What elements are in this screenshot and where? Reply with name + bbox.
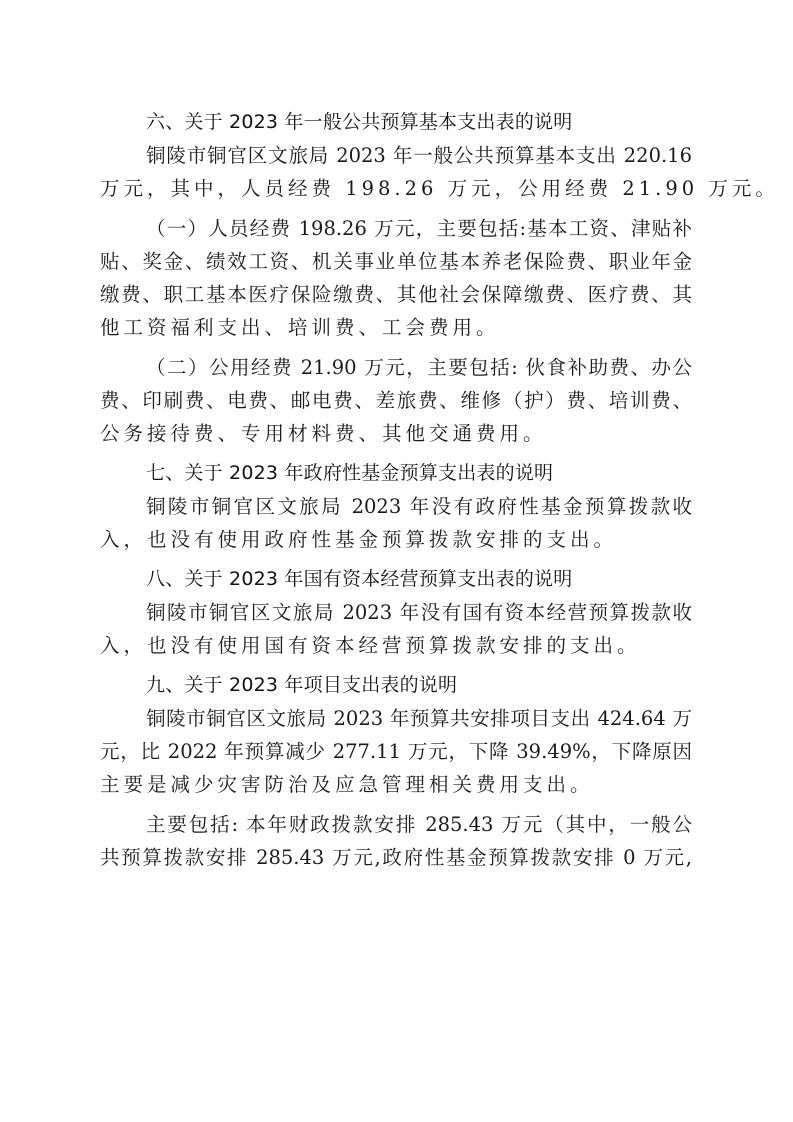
text-line: 入，也没有使用政府性基金预算拨款安排的支出。 xyxy=(100,523,692,556)
text-line: 铜陵市铜官区文旅局 2023 年预算共安排项目支出 424.64 万 xyxy=(100,702,692,735)
document-page: 六、关于 2023 年一般公共预算基本支出表的说明 铜陵市铜官区文旅局 2023… xyxy=(100,106,692,874)
paragraph-public-expenses: （二）公用经费 21.90 万元，主要包括: 伙食补助费、办公 费、印刷费、电费… xyxy=(100,351,692,450)
section-heading: 六、关于 2023 年一般公共预算基本支出表的说明 xyxy=(100,106,692,139)
paragraph-project-expenditure-summary: 铜陵市铜官区文旅局 2023 年预算共安排项目支出 424.64 万 元，比 2… xyxy=(100,702,692,801)
section-project-expenditure: 九、关于 2023 年项目支出表的说明 铜陵市铜官区文旅局 2023 年预算共安… xyxy=(100,669,692,874)
text-line: 主要包括: 本年财政拨款安排 285.43 万元（其中，一般公 xyxy=(100,808,692,841)
text-line: 公务接待费、专用材料费、其他交通费用。 xyxy=(100,417,692,450)
paragraph-state-capital-statement: 铜陵市铜官区文旅局 2023 年没有国有资本经营预算拨款收 入，也没有使用国有资… xyxy=(100,596,692,662)
text-line: 贴、奖金、绩效工资、机关事业单位基本养老保险费、职业年金 xyxy=(100,245,692,278)
section-heading: 七、关于 2023 年政府性基金预算支出表的说明 xyxy=(100,457,692,490)
section-government-fund-budget: 七、关于 2023 年政府性基金预算支出表的说明 铜陵市铜官区文旅局 2023 … xyxy=(100,457,692,556)
text-line: 缴费、职工基本医疗保险缴费、其他社会保障缴费、医疗费、其 xyxy=(100,278,692,311)
text-line: 铜陵市铜官区文旅局 2023 年没有国有资本经营预算拨款收 xyxy=(100,596,692,629)
paragraph-government-fund-statement: 铜陵市铜官区文旅局 2023 年没有政府性基金预算拨款收 入，也没有使用政府性基… xyxy=(100,490,692,556)
text-line: 万元，其中，人员经费 198.26 万元，公用经费 21.90 万元。 xyxy=(100,172,692,205)
text-line: 费、印刷费、电费、邮电费、差旅费、维修（护）费、培训费、 xyxy=(100,384,692,417)
section-heading: 九、关于 2023 年项目支出表的说明 xyxy=(100,669,692,702)
text-line: 元，比 2022 年预算减少 277.11 万元，下降 39.49%，下降原因 xyxy=(100,735,692,768)
paragraph-basic-expenditure-summary: 铜陵市铜官区文旅局 2023 年一般公共预算基本支出 220.16 万元，其中，… xyxy=(100,139,692,205)
paragraph-project-funding-breakdown: 主要包括: 本年财政拨款安排 285.43 万元（其中，一般公 共预算拨款安排 … xyxy=(100,808,692,874)
text-line: 他工资福利支出、培训费、工会费用。 xyxy=(100,311,692,344)
text-line: 铜陵市铜官区文旅局 2023 年一般公共预算基本支出 220.16 xyxy=(100,139,692,172)
text-line: （二）公用经费 21.90 万元，主要包括: 伙食补助费、办公 xyxy=(100,351,692,384)
text-line: 主要是减少灾害防治及应急管理相关费用支出。 xyxy=(100,768,692,801)
section-state-capital-budget: 八、关于 2023 年国有资本经营预算支出表的说明 铜陵市铜官区文旅局 2023… xyxy=(100,563,692,662)
text-line: 入，也没有使用国有资本经营预算拨款安排的支出。 xyxy=(100,629,692,662)
text-line: 共预算拨款安排 285.43 万元,政府性基金预算拨款安排 0 万元, xyxy=(100,841,692,874)
paragraph-personnel-expenses: （一）人员经费 198.26 万元，主要包括:基本工资、津贴补 贴、奖金、绩效工… xyxy=(100,212,692,344)
text-line: （一）人员经费 198.26 万元，主要包括:基本工资、津贴补 xyxy=(100,212,692,245)
section-general-budget-basic-expenditure: 六、关于 2023 年一般公共预算基本支出表的说明 铜陵市铜官区文旅局 2023… xyxy=(100,106,692,450)
text-line: 铜陵市铜官区文旅局 2023 年没有政府性基金预算拨款收 xyxy=(100,490,692,523)
section-heading: 八、关于 2023 年国有资本经营预算支出表的说明 xyxy=(100,563,692,596)
